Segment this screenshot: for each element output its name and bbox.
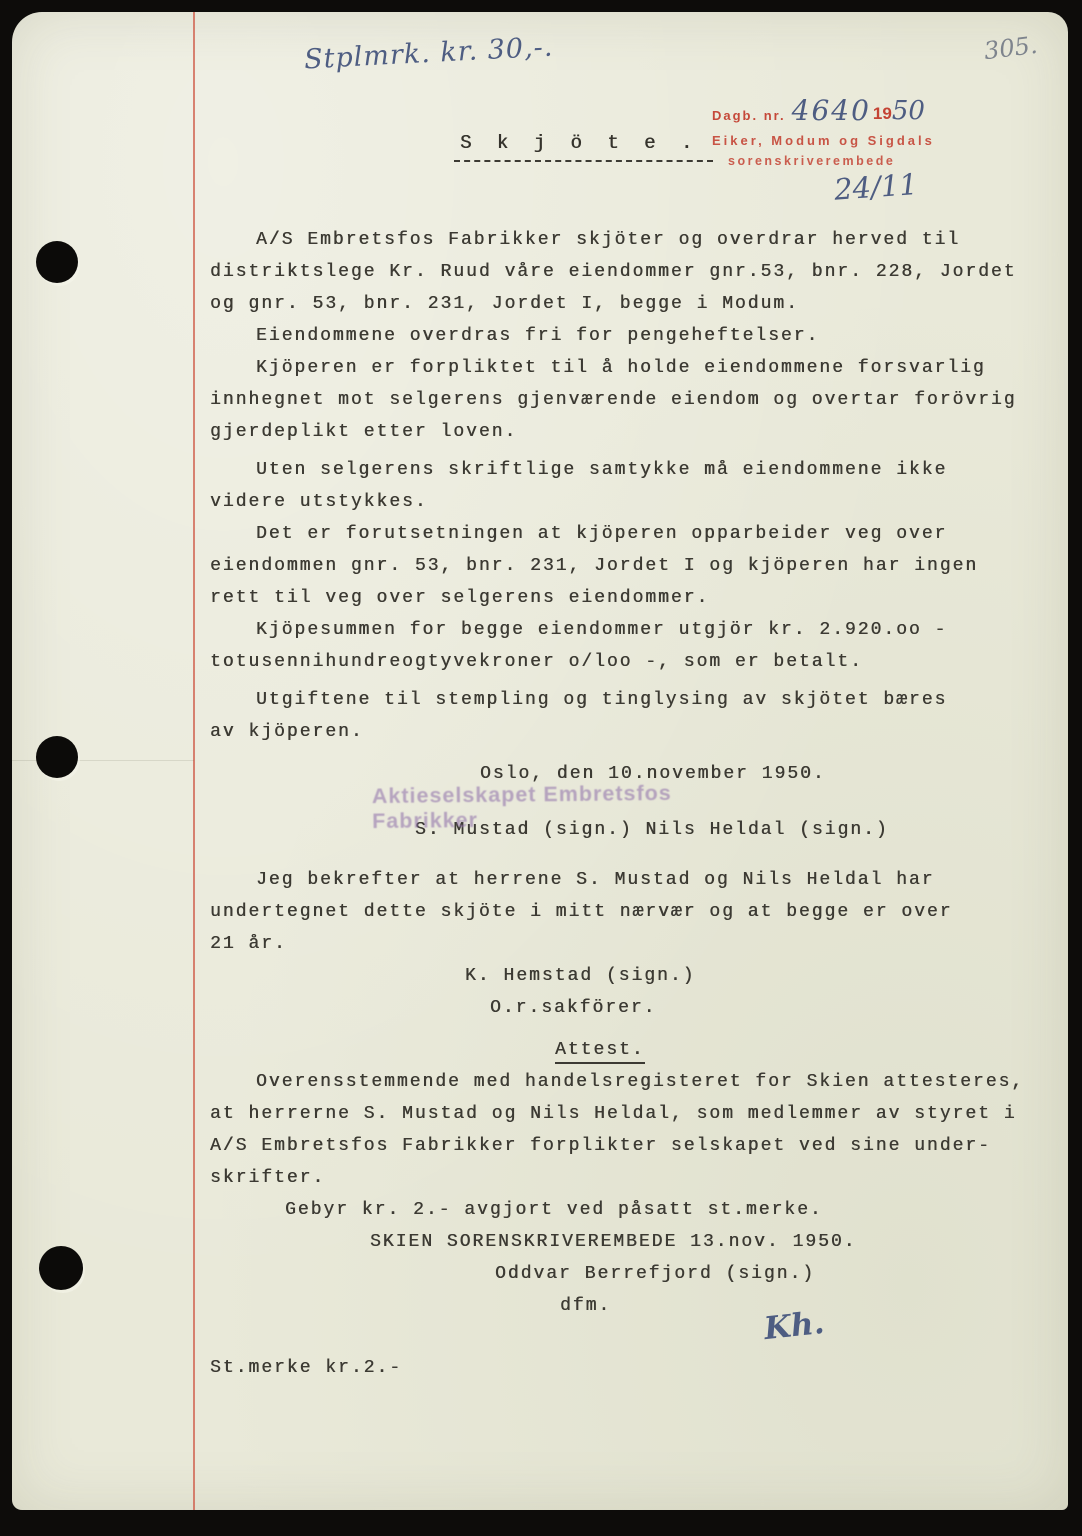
document-line: A/S Embretsfos Fabrikker forplikter sels… [210, 1130, 1046, 1162]
document-line: videre utstykkes. [210, 486, 1046, 518]
stamp-year-printed: 19 [873, 104, 892, 124]
document-line: Overensstemmende med handelsregisteret f… [210, 1066, 1046, 1098]
document-line: innhegnet mot selgerens gjenværende eien… [210, 384, 1046, 416]
document-line: Utgiftene til stempling og tinglysing av… [210, 684, 1046, 716]
document-line: rett til veg over selgerens eiendommer. [210, 582, 1046, 614]
document-line: Gebyr kr. 2.- avgjort ved påsatt st.merk… [210, 1194, 1046, 1226]
document-line: Uten selgerens skriftlige samtykke må ei… [210, 454, 1046, 486]
registration-stamp-journal-line: Dagb. nr. 4640 19 50 [712, 98, 972, 127]
document-line: K. Hemstad (sign.) [210, 960, 1046, 992]
paper-sheet: Stplmrk. kr. 30,-. 305. Dagb. nr. 4640 1… [12, 12, 1068, 1510]
page-number: 305. [982, 31, 1038, 65]
document-line: Kjöpesummen for begge eiendommer utgjör … [210, 614, 1046, 646]
punch-hole [39, 1246, 83, 1290]
document-line: A/S Embretsfos Fabrikker skjöter og over… [210, 224, 1046, 256]
document-line: 21 år. [210, 928, 1046, 960]
red-margin-line [193, 12, 195, 1510]
document-line: O.r.sakförer. [210, 992, 1046, 1024]
document-heading: S k j ö t e . [454, 132, 713, 162]
document-line: skrifter. [210, 1162, 1046, 1194]
document-line: SKIEN SORENSKRIVEREMBEDE 13.nov. 1950. [210, 1226, 1046, 1258]
document-line: Eiendommene overdras fri for pengeheftel… [210, 320, 1046, 352]
document-line: Det er forutsetningen at kjöperen opparb… [210, 518, 1046, 550]
handwritten-initials: Kh. [762, 1305, 826, 1347]
punch-hole [36, 241, 78, 283]
punch-hole [36, 736, 78, 778]
document-line: Kjöperen er forpliktet til å holde eiend… [210, 352, 1046, 384]
handwritten-journal-number: 4640 [792, 94, 871, 127]
document-line: distriktslege Kr. Ruud våre eiendommer g… [210, 256, 1046, 288]
document-line: Attest. [210, 1034, 1046, 1066]
registration-stamp: Dagb. nr. 4640 19 50 Eiker, Modum og Sig… [712, 98, 972, 202]
document-line: undertegnet dette skjöte i mitt nærvær o… [210, 896, 1046, 928]
company-stamp: Aktieselskapet Embretsfos Fabrikker [372, 780, 773, 834]
document-line: at herrerne S. Mustad og Nils Heldal, so… [210, 1098, 1046, 1130]
handwritten-year: 50 [892, 96, 925, 126]
document-line: gjerdeplikt etter loven. [210, 416, 1046, 448]
document-line: Oddvar Berrefjord (sign.) [210, 1258, 1046, 1290]
scanned-document: Stplmrk. kr. 30,-. 305. Dagb. nr. 4640 1… [0, 0, 1082, 1536]
document-line: og gnr. 53, bnr. 231, Jordet I, begge i … [210, 288, 1046, 320]
handwritten-stamp-duty-note: Stplmrk. kr. 30,-. [303, 31, 554, 75]
stamp-office-line1: Eiker, Modum og Sigdals [712, 133, 972, 148]
document-line: St.merke kr.2.- [210, 1352, 1046, 1384]
document-line: av kjöperen. [210, 716, 1046, 748]
document-line: dfm. [210, 1290, 1046, 1322]
document-line: totusennihundreogtyvekroner o/loo -, som… [210, 646, 1046, 678]
handwritten-registration-date: 24/11 [833, 163, 973, 207]
document-line: Jeg bekrefter at herrene S. Mustad og Ni… [210, 864, 1046, 896]
stamp-prefix-label: Dagb. nr. [712, 108, 786, 123]
document-line: eiendommen gnr. 53, bnr. 231, Jordet I o… [210, 550, 1046, 582]
